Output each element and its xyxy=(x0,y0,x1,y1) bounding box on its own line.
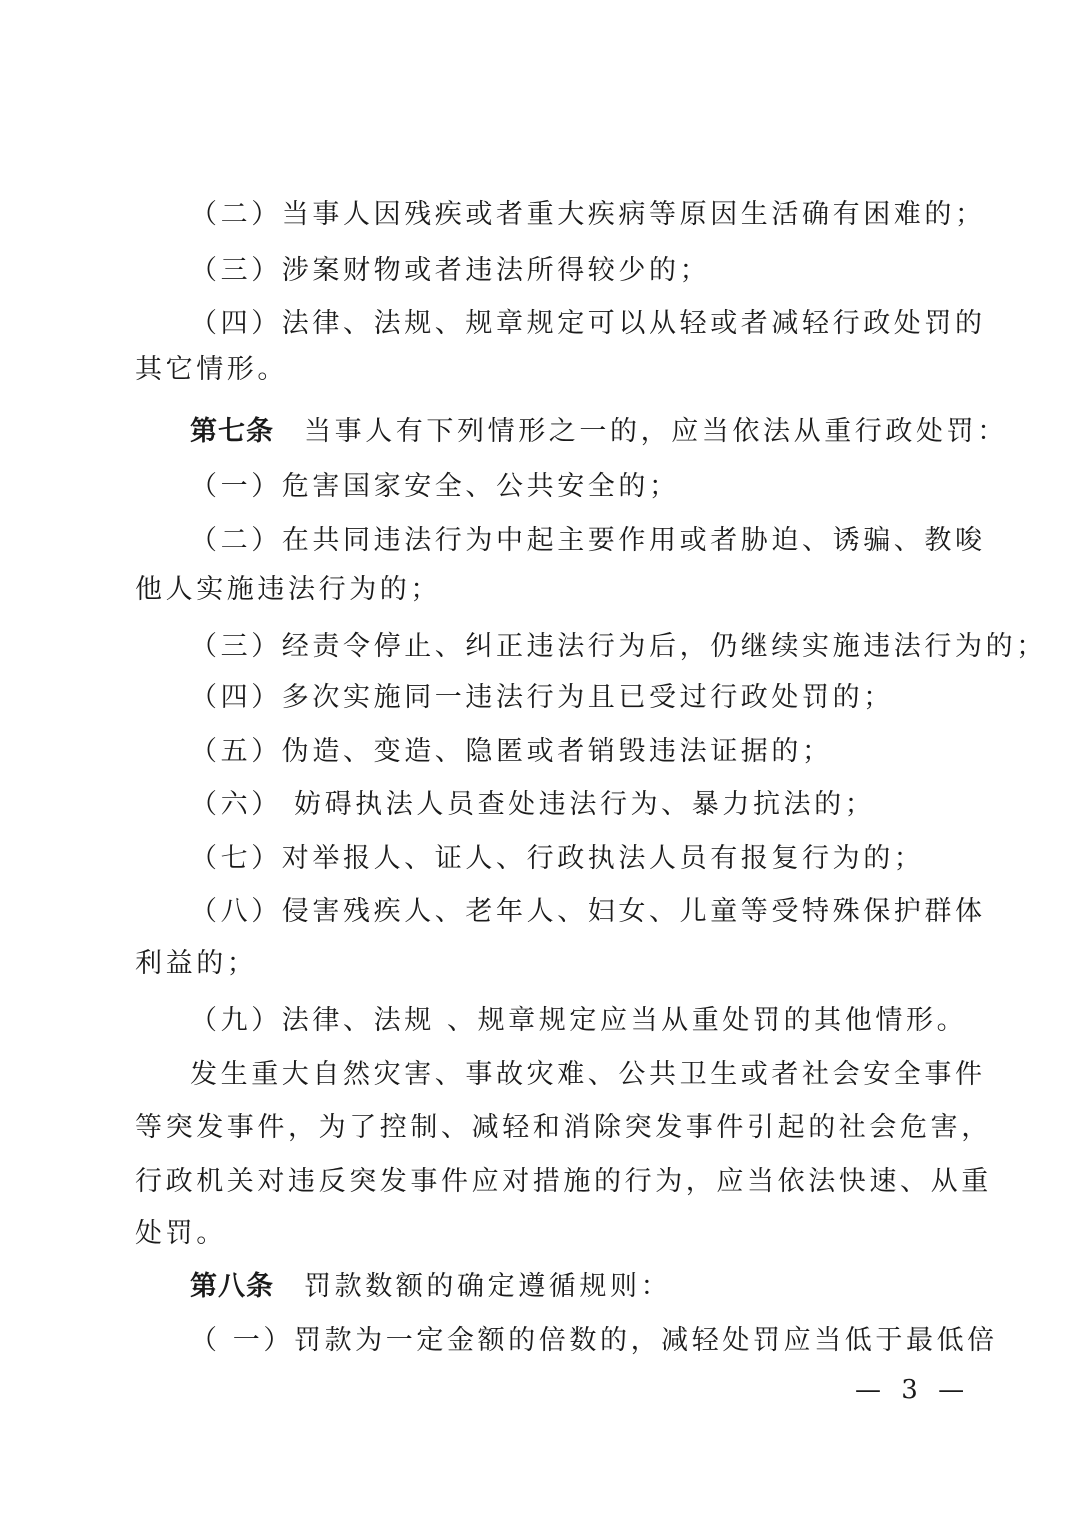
paragraph-line: 其它情形。 xyxy=(0,350,1074,390)
paragraph-line: 他人实施违法行为的； xyxy=(0,570,1074,610)
paragraph-line: （六） 妨碍执法人员查处违法行为、暴力抗法的； xyxy=(0,785,1074,825)
line-text: 发生重大自然灾害、事故灾难、公共卫生或者社会安全事件 xyxy=(190,1059,986,1090)
paragraph-line: 等突发事件，为了控制、减轻和消除突发事件引起的社会危害， xyxy=(0,1108,1074,1148)
page-number: — 3 — xyxy=(855,1372,970,1408)
paragraph-line: （四）法律、法规、规章规定可以从轻或者减轻行政处罚的 xyxy=(0,304,1074,344)
line-text: 罚款数额的确定遵循规则： xyxy=(304,1271,671,1302)
line-text: （二）当事人因残疾或者重大疾病等原因生活确有困难的； xyxy=(190,199,986,230)
paragraph-line: （三）经责令停止、纠正违法行为后，仍继续实施违法行为的； xyxy=(0,627,1074,667)
paragraph-line: （一）危害国家安全、公共安全的； xyxy=(0,467,1074,507)
article-7-heading-line: 第七条当事人有下列情形之一的，应当依法从重行政处罚： xyxy=(0,412,1074,452)
paragraph-line: （四）多次实施同一违法行为且已受过行政处罚的； xyxy=(0,678,1074,718)
paragraph-line: 处罚。 xyxy=(0,1214,1074,1254)
line-text: 等突发事件，为了控制、减轻和消除突发事件引起的社会危害， xyxy=(135,1112,992,1143)
line-text: （五）伪造、变造、隐匿或者销毁违法证据的； xyxy=(190,736,833,767)
paragraph-line: （二）在共同违法行为中起主要作用或者胁迫、诱骗、教唆 xyxy=(0,521,1074,561)
article-8-heading-line: 第八条罚款数额的确定遵循规则： xyxy=(0,1267,1074,1307)
paragraph-line: 行政机关对违反突发事件应对措施的行为，应当依法快速、从重 xyxy=(0,1162,1074,1202)
article-number: 第八条 xyxy=(190,1271,274,1302)
line-text: 其它情形。 xyxy=(135,354,288,385)
line-text: 他人实施违法行为的； xyxy=(135,574,441,605)
line-text: （ 一）罚款为一定金额的倍数的，减轻处罚应当低于最低倍 xyxy=(190,1325,998,1356)
paragraph-line: （五）伪造、变造、隐匿或者销毁违法证据的； xyxy=(0,732,1074,772)
paragraph-line: （八）侵害残疾人、老年人、妇女、儿童等受特殊保护群体 xyxy=(0,892,1074,932)
paragraph-line: （七）对举报人、证人、行政执法人员有报复行为的； xyxy=(0,839,1074,879)
line-text: 行政机关对违反突发事件应对措施的行为，应当依法快速、从重 xyxy=(135,1166,992,1197)
paragraph-line: （三）涉案财物或者违法所得较少的； xyxy=(0,251,1074,291)
paragraph-line: （二）当事人因残疾或者重大疾病等原因生活确有困难的； xyxy=(0,195,1074,235)
paragraph-line: （九）法律、法规 、规章规定应当从重处罚的其他情形。 xyxy=(0,1001,1074,1041)
line-text: （三）涉案财物或者违法所得较少的； xyxy=(190,255,710,286)
paragraph-line: 利益的； xyxy=(0,944,1074,984)
line-text: （六） 妨碍执法人员查处违法行为、暴力抗法的； xyxy=(190,789,875,820)
line-text: （八）侵害残疾人、老年人、妇女、儿童等受特殊保护群体 xyxy=(190,896,986,927)
line-text: （四）法律、法规、规章规定可以从轻或者减轻行政处罚的 xyxy=(190,308,986,339)
line-text: （七）对举报人、证人、行政执法人员有报复行为的； xyxy=(190,843,924,874)
article-number: 第七条 xyxy=(190,416,274,447)
paragraph-line: 发生重大自然灾害、事故灾难、公共卫生或者社会安全事件 xyxy=(0,1055,1074,1095)
line-text: （三）经责令停止、纠正违法行为后，仍继续实施违法行为的； xyxy=(190,631,1047,662)
document-page: （二）当事人因残疾或者重大疾病等原因生活确有困难的； （三）涉案财物或者违法所得… xyxy=(0,0,1074,1520)
line-text: 处罚。 xyxy=(135,1218,227,1249)
paragraph-line: （ 一）罚款为一定金额的倍数的，减轻处罚应当低于最低倍 xyxy=(0,1321,1074,1361)
line-text: （二）在共同违法行为中起主要作用或者胁迫、诱骗、教唆 xyxy=(190,525,986,556)
line-text: 当事人有下列情形之一的，应当依法从重行政处罚： xyxy=(304,416,1008,447)
line-text: （九）法律、法规 、规章规定应当从重处罚的其他情形。 xyxy=(190,1005,967,1036)
line-text: （四）多次实施同一违法行为且已受过行政处罚的； xyxy=(190,682,894,713)
line-text: （一）危害国家安全、公共安全的； xyxy=(190,471,680,502)
line-text: 利益的； xyxy=(135,948,257,979)
